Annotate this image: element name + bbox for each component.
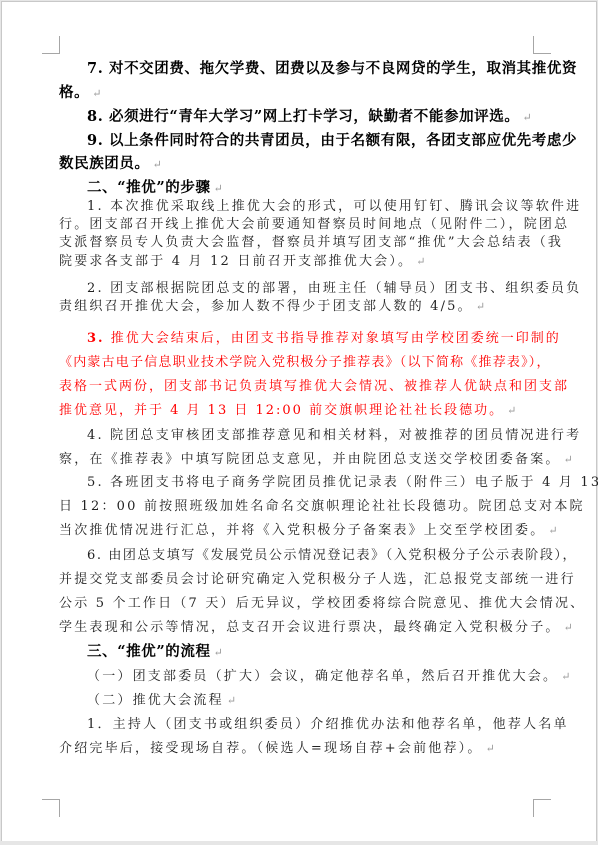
text-line[interactable]: 察，在《推荐表》中填写院团总支意见，并由院团总支送交学校团委备案。↵ [59, 451, 545, 469]
paragraph-mark-icon: ↵ [92, 87, 101, 100]
text-line[interactable]: 支派督察员专人负责大会监督，督察员并填写团支部“推优”大会总结表（我 [59, 234, 545, 252]
text-line[interactable]: 9. 以上条件同时符合的共青团员，由于名额有限，各团支部应优先考虑少 [87, 132, 545, 150]
paragraph-mark-icon: ↵ [153, 158, 162, 171]
text-line[interactable]: 当次推优情况进行汇总，并将《入党积极分子备案表》上交至学校团委。↵ [59, 522, 545, 540]
text-line[interactable]: 7. 对不交团费、拖欠学费、团费以及参与不良网贷的学生，取消其推优资 [87, 60, 545, 78]
text-line[interactable]: 8. 必须进行“青年大学习”网上打卡学习，缺勤者不能参加评选。↵ [87, 108, 545, 127]
highlighted-text-line[interactable]: 《内蒙古电子信息职业技术学院入党积极分子推荐表》（以下简称《推荐表》）， [59, 354, 545, 372]
paragraph-mark-icon: ↵ [214, 646, 223, 659]
paragraph-mark-icon: ↵ [476, 300, 485, 313]
text-line[interactable]: 1．主持人（团支书或组织委员）介绍推优办法和他荐名单，他荐人名单 [87, 716, 545, 734]
text-line[interactable]: 公示 5 个工作日（7 天）后无异议，学校团委将综合院意见、推优大会情况、 [59, 595, 545, 613]
text-line[interactable]: （二）推优大会流程↵ [87, 692, 573, 710]
text-line[interactable]: 格。↵ [59, 84, 545, 103]
crop-mark-bottom-left [42, 799, 60, 817]
highlighted-text-line[interactable]: 3. 推优大会结束后，由团支书指导推荐对象填写由学校团委统一印制的 [87, 330, 545, 348]
text-line[interactable]: 4. 院团总支审核团支部推荐意见和相关材料，对被推荐的团员情况进行考 [87, 427, 545, 445]
paragraph-mark-icon: ↵ [507, 404, 516, 417]
paragraph-mark-icon: ↵ [564, 621, 573, 634]
highlighted-text-line[interactable]: 推优意见，并于 4 月 13 日 12:00 前交旗帜理论社社长段德功。↵ [59, 402, 545, 420]
text-line[interactable]: 6. 由团总支填写《发展党员公示情况登记表》（入党积极分子公示表阶段）， [87, 547, 545, 565]
paragraph-mark-icon: ↵ [564, 453, 573, 466]
text-line[interactable]: 并提交党支部委员会讨论研究确定入党积极分子人选，汇总报党支部统一进行 [59, 571, 545, 589]
paragraph-mark-icon: ↵ [416, 255, 425, 268]
text-line[interactable]: 行。团支部召开线上推优大会前要通知督察员时间地点（见附件二），院团总 [59, 216, 545, 234]
section-heading[interactable]: 二、“推优”的步骤↵ [87, 179, 545, 198]
text-line[interactable]: 学生表现和公示等情况，总支召开会议进行票决，最终确定入党积极分子。↵ [59, 619, 545, 637]
text-line[interactable]: （一）团支部委员（扩大）会议，确定他荐名单，然后召开推优大会。↵ [87, 668, 573, 686]
text-line[interactable]: 责组织召开推优大会，参加人数不得少于团支部人数的 4/5。↵ [59, 298, 545, 316]
paragraph-mark-icon: ↵ [561, 670, 570, 683]
text-line[interactable]: 1. 本次推优采取线上推优大会的形式，可以使用钉钉、腾讯会议等软件进 [87, 198, 545, 216]
paragraph-mark-icon: ↵ [227, 694, 236, 707]
paragraph-mark-icon: ↵ [486, 742, 495, 755]
text-line[interactable]: 日 12：00 前按照班级加姓名命名交旗帜理论社社长段德功。院团总支对本院 [59, 498, 545, 516]
crop-mark-top-left [42, 36, 60, 54]
text-line[interactable]: 介绍完毕后，接受现场自荐。（候选人=现场自荐+会前他荐）。↵ [59, 740, 545, 758]
text-line[interactable]: 5. 各班团支书将电子商务学院团员推优记录表（附件三）电子版于 4 月 13 [87, 474, 545, 492]
text-line[interactable]: 2. 团支部根据院团总支的部署，由班主任（辅导员）团支书、组织委员负 [87, 280, 545, 298]
text-line[interactable]: 数民族团员。↵ [59, 155, 545, 174]
crop-mark-bottom-right [533, 799, 551, 817]
document-page: 7. 对不交团费、拖欠学费、团费以及参与不良网贷的学生，取消其推优资 格。↵ 8… [1, 1, 597, 841]
highlighted-text-line[interactable]: 表格一式两份，团支部书记负责填写推优大会情况、被推荐人优缺点和团支部 [59, 378, 545, 396]
paragraph-mark-icon: ↵ [548, 524, 557, 537]
paragraph-mark-icon: ↵ [522, 111, 531, 124]
text-line[interactable]: 院要求各支部于 4 月 12 日前召开支部推优大会）。↵ [59, 253, 545, 271]
crop-mark-top-right [533, 36, 551, 54]
section-heading[interactable]: 三、“推优”的流程↵ [87, 643, 545, 662]
paragraph-mark-icon: ↵ [214, 182, 223, 195]
